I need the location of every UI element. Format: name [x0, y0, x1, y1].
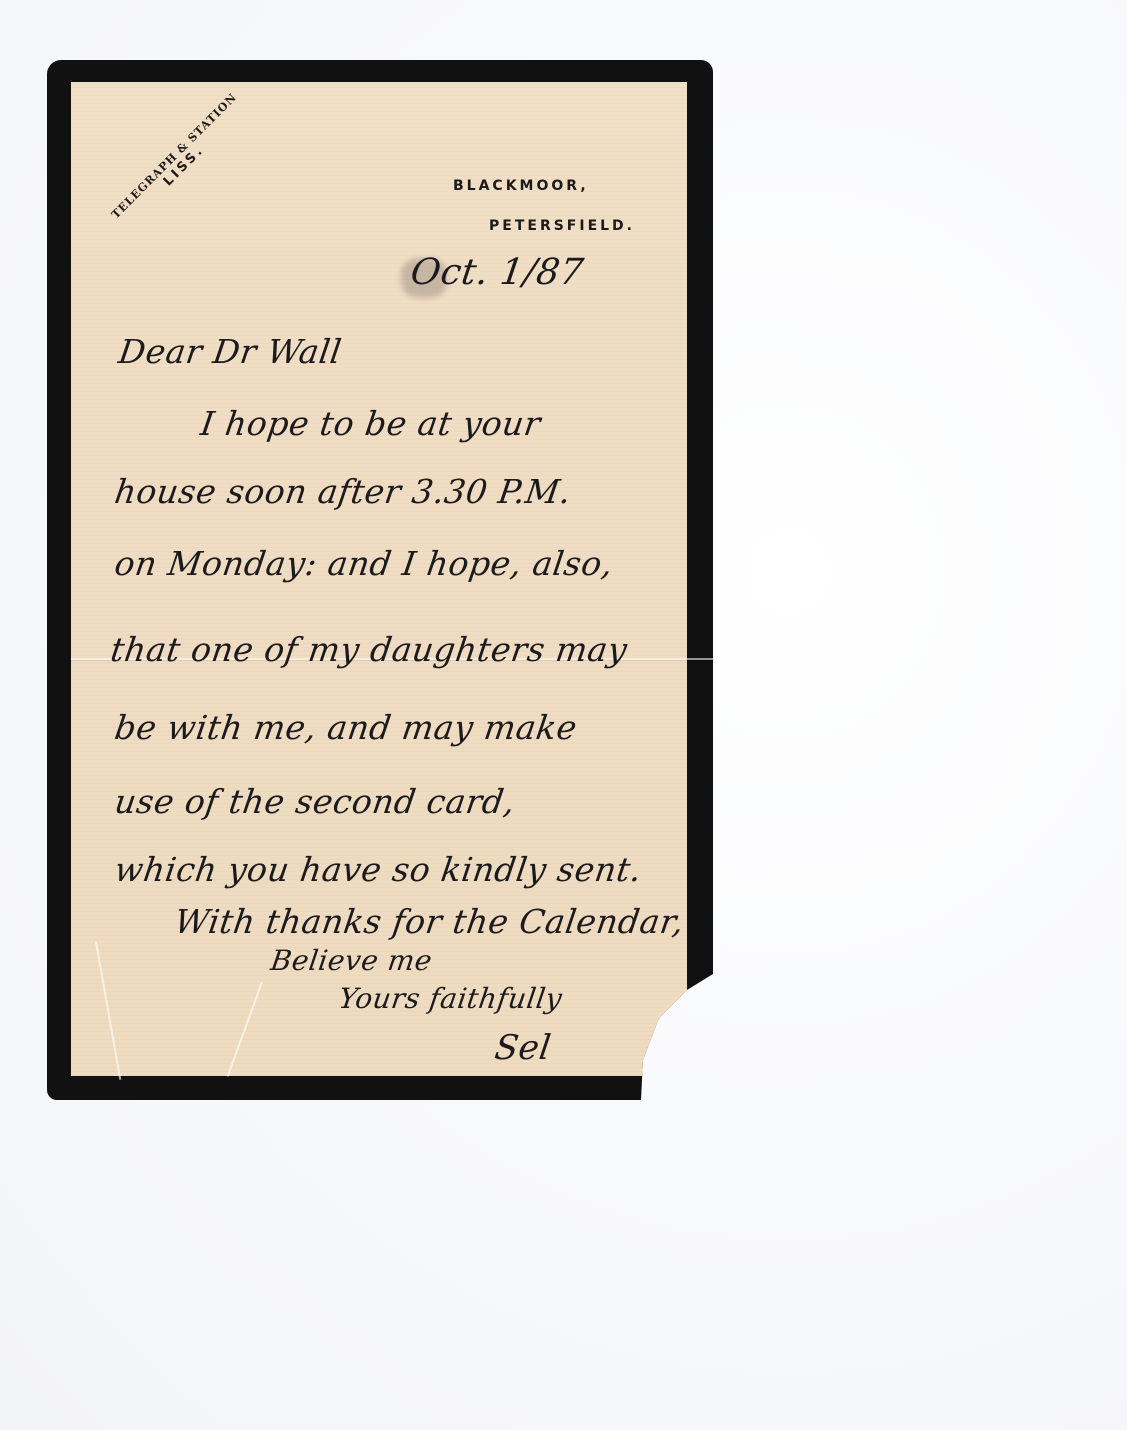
paper-crack [227, 982, 263, 1077]
telegraph-line: TELEGRAPH & STATION [109, 91, 239, 221]
body-line: house soon after 3.30 P.M. [112, 472, 573, 511]
telegraph-place: LISS. [118, 100, 250, 232]
body-line: I hope to be at your [198, 404, 543, 443]
salutation: Dear Dr Wall [116, 332, 344, 371]
telegraph-station-stamp: TELEGRAPH & STATION LISS. [109, 91, 250, 232]
closing-line: Believe me [269, 944, 435, 977]
body-line: which you have so kindly sent. [112, 850, 644, 889]
signature: Sel [492, 1028, 553, 1068]
address-line-2: PETERSFIELD. [489, 218, 635, 234]
body-line: use of the second card, [112, 782, 518, 821]
body-line: that one of my daughters may [108, 630, 630, 669]
letter-date: Oct. 1/87 [408, 252, 586, 293]
body-line: on Monday: and I hope, also, [112, 544, 615, 583]
body-line: be with me, and may make [112, 708, 579, 747]
paper-crack [95, 942, 121, 1080]
mourning-letter-card: TELEGRAPH & STATION LISS. BLACKMOOR, PET… [47, 60, 713, 1100]
closing-line: Yours faithfully [337, 982, 565, 1015]
letter-paper: TELEGRAPH & STATION LISS. BLACKMOOR, PET… [71, 82, 687, 1076]
address-line-1: BLACKMOOR, [453, 178, 589, 194]
body-line: With thanks for the Calendar, [172, 902, 686, 941]
